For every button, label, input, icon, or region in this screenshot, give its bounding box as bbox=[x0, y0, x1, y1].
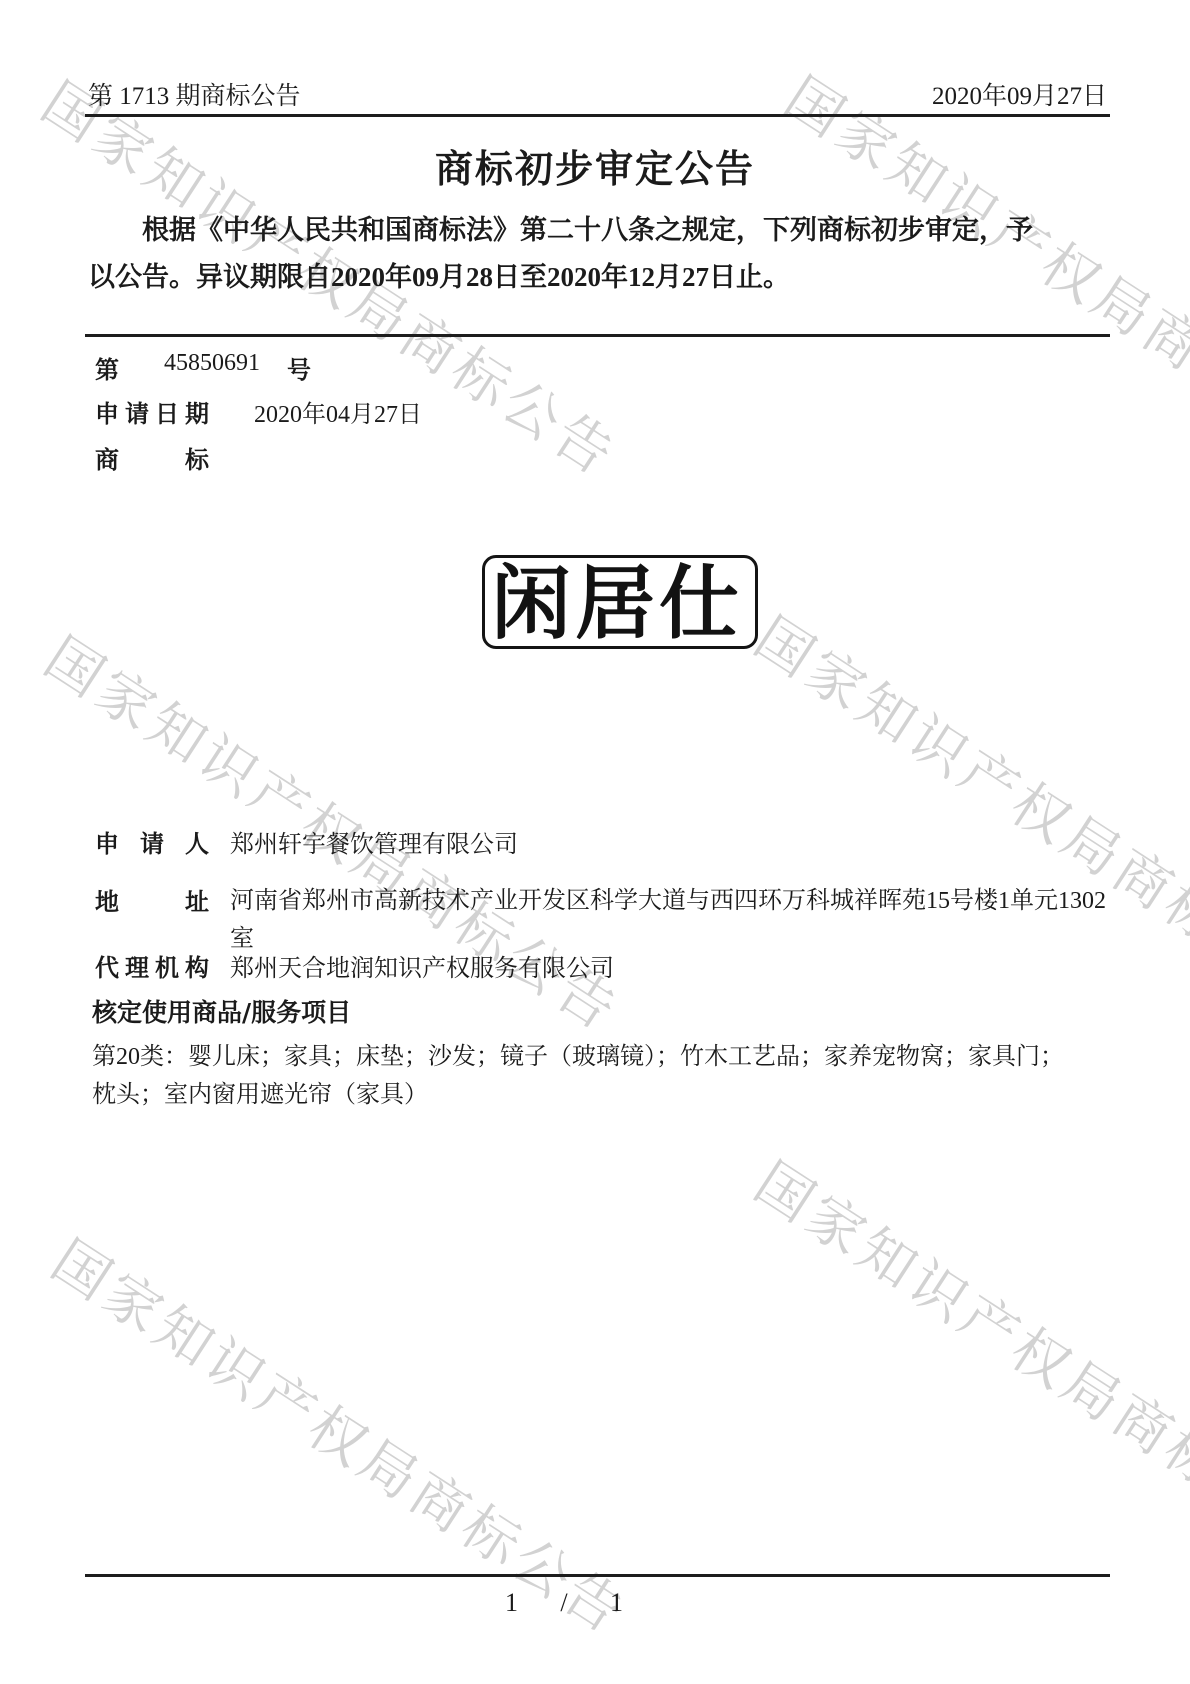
trademark-label: 商标 bbox=[95, 440, 209, 475]
address-line: 河南省郑州市高新技术产业开发区科学大道与西四环万科城祥晖苑15号楼1单元1302 bbox=[230, 882, 1120, 920]
gazette-issue-label: 第 1713 期商标公告 bbox=[88, 76, 301, 112]
address-row: 地址 河南省郑州市高新技术产业开发区科学大道与西四环万科城祥晖苑15号楼1单元1… bbox=[0, 882, 1190, 916]
intro-line: 以公告。异议期限自2020年09月28日至2020年12月27日止。 bbox=[88, 254, 1033, 301]
agency-row: 代理机构 郑州天合地润知识产权服务有限公司 bbox=[0, 948, 1190, 982]
page-number-separator: / bbox=[560, 1588, 567, 1618]
page-title: 商标初步审定公告 bbox=[0, 138, 1190, 193]
total-page-number: 1 bbox=[610, 1588, 623, 1618]
applicant-row: 申请人 郑州轩宇餐饮管理有限公司 bbox=[0, 824, 1190, 858]
gazette-date: 2020年09月27日 bbox=[932, 76, 1107, 112]
section-divider bbox=[85, 334, 1110, 337]
application-date-label: 申请日期 bbox=[95, 394, 209, 429]
goods-services-list: 第20类：婴儿床；家具；床垫；沙发；镜子（玻璃镜）；竹木工艺品；家养宠物窝；家具… bbox=[92, 1038, 1064, 1114]
regno-suffix-label: 号 bbox=[287, 350, 311, 385]
intro-line: 根据《中华人民共和国商标法》第二十八条之规定，下列商标初步审定，予 bbox=[88, 207, 1033, 254]
registration-number-row: 第 45850691 号 bbox=[0, 350, 1190, 384]
registration-number: 45850691 bbox=[164, 350, 260, 377]
regno-prefix-label: 第 bbox=[95, 350, 119, 385]
agency-value: 郑州天合地润知识产权服务有限公司 bbox=[230, 948, 614, 983]
document-content: 第 1713 期商标公告 2020年09月27日 商标初步审定公告 根据《中华人… bbox=[0, 0, 1190, 1684]
applicant-label: 申请人 bbox=[95, 824, 209, 859]
goods-services-heading: 核定使用商品/服务项目 bbox=[92, 993, 351, 1029]
address-value: 河南省郑州市高新技术产业开发区科学大道与西四环万科城祥晖苑15号楼1单元1302… bbox=[230, 882, 1120, 958]
applicant-value: 郑州轩宇餐饮管理有限公司 bbox=[230, 824, 518, 859]
intro-paragraph: 根据《中华人民共和国商标法》第二十八条之规定，下列商标初步审定，予 以公告。异议… bbox=[88, 207, 1033, 301]
gazette-page: 国家知识产权局商标公告 国家知识产权局商标公告 国家知识产权局商标公告 国家知识… bbox=[0, 0, 1190, 1684]
page-number-indicator: 1 / 1 bbox=[505, 1588, 623, 1618]
application-date-row: 申请日期 2020年04月27日 bbox=[0, 394, 1190, 428]
address-label: 地址 bbox=[95, 882, 209, 917]
footer-divider bbox=[85, 1574, 1110, 1577]
current-page-number: 1 bbox=[505, 1588, 518, 1618]
goods-line: 枕头；室内窗用遮光帘（家具） bbox=[92, 1076, 1064, 1114]
agency-label: 代理机构 bbox=[95, 948, 209, 983]
trademark-image-text: 闲居仕 bbox=[479, 556, 755, 652]
header-divider bbox=[85, 114, 1110, 117]
application-date-value: 2020年04月27日 bbox=[254, 394, 422, 429]
goods-line: 第20类：婴儿床；家具；床垫；沙发；镜子（玻璃镜）；竹木工艺品；家养宠物窝；家具… bbox=[92, 1038, 1064, 1076]
trademark-label-row: 商标 bbox=[0, 440, 1190, 474]
